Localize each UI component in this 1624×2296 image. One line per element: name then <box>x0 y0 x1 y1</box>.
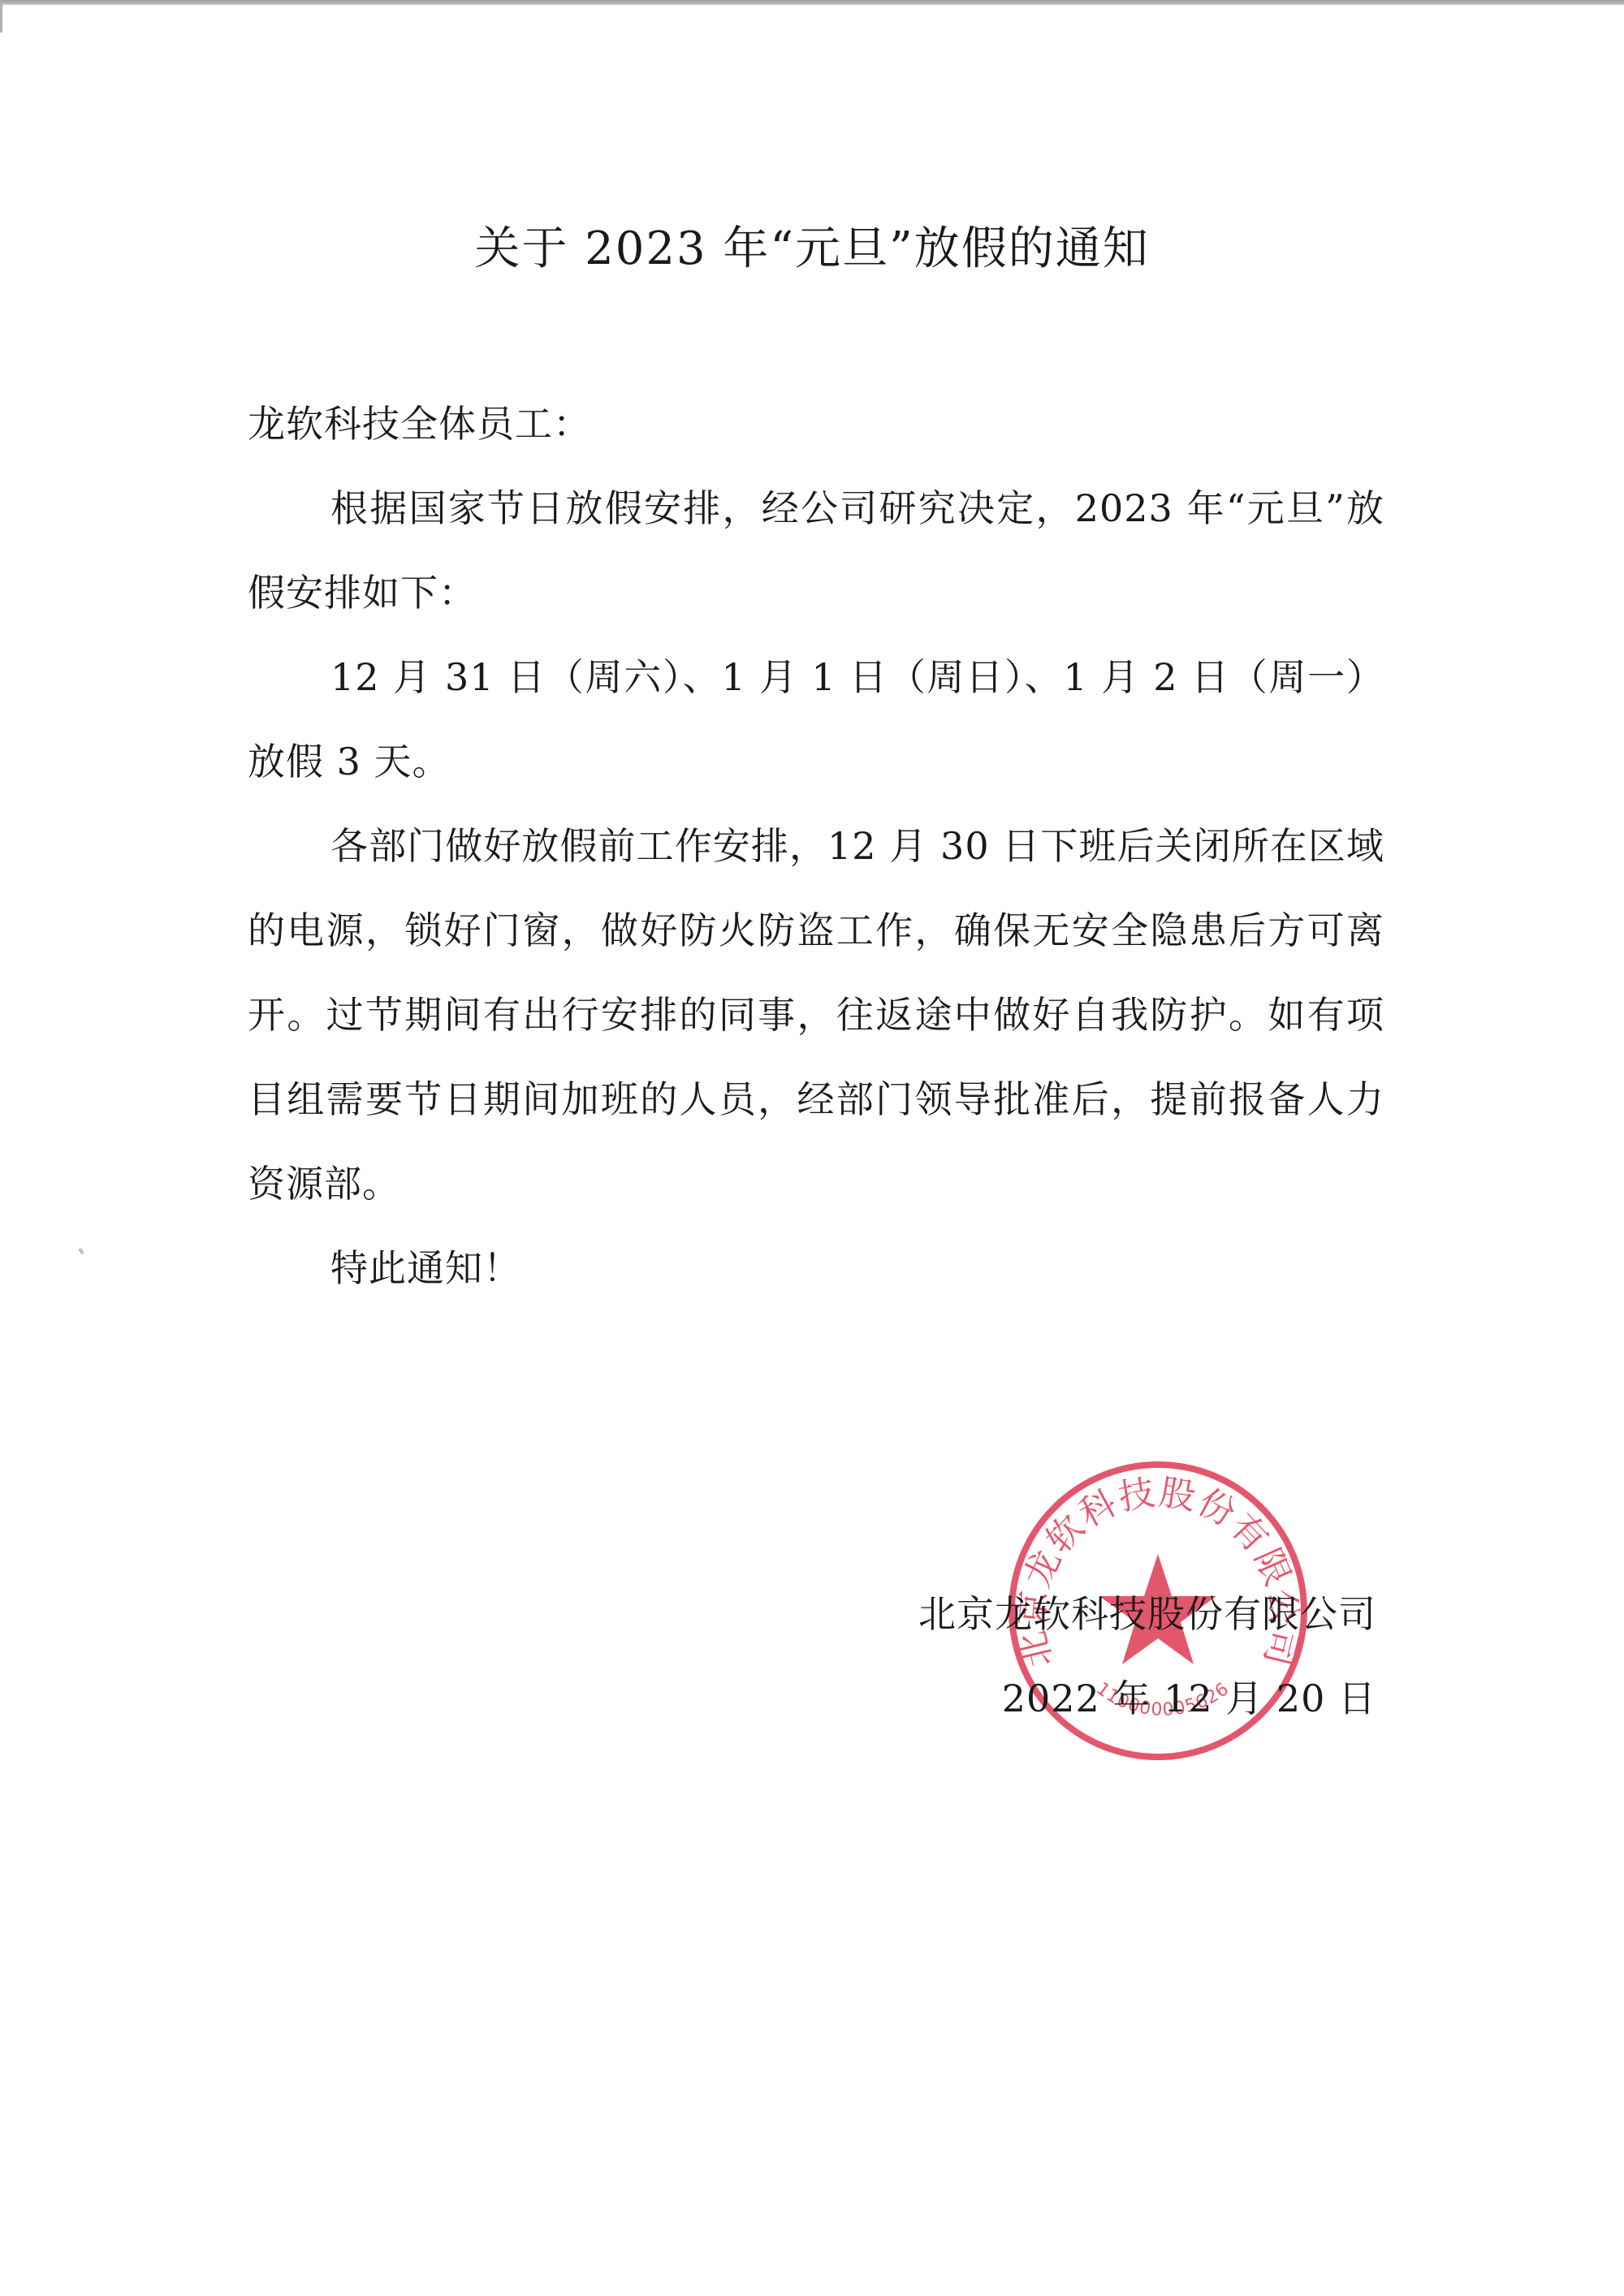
paragraph-intro: 根据国家节日放假安排，经公司研究决定，2023 年“元旦”放假安排如下： <box>248 466 1384 635</box>
scan-speck <box>78 1248 84 1255</box>
paragraph-instructions: 各部门做好放假前工作安排，12 月 30 日下班后关闭所在区域的电源，锁好门窗，… <box>248 804 1384 1226</box>
document-body: 龙软科技全体员工： 根据国家节日放假安排，经公司研究决定，2023 年“元旦”放… <box>248 382 1384 1310</box>
paragraph-closing: 特此通知！ <box>248 1226 1384 1310</box>
signature-company: 北京龙软科技股份有限公司 <box>918 1572 1376 1656</box>
scan-top-edge <box>0 0 1624 5</box>
signature-block: 北京龙软科技股份有限公司 2022 年 12 月 20 日 <box>918 1572 1376 1741</box>
document-title: 关于 2023 年“元旦”放假的通知 <box>0 213 1624 278</box>
salutation: 龙软科技全体员工： <box>248 382 1384 466</box>
scan-left-edge <box>0 0 2 32</box>
signature-date: 2022 年 12 月 20 日 <box>918 1656 1376 1741</box>
paragraph-schedule: 12 月 31 日（周六）、1 月 1 日（周日）、1 月 2 日（周一）放假 … <box>248 635 1384 804</box>
